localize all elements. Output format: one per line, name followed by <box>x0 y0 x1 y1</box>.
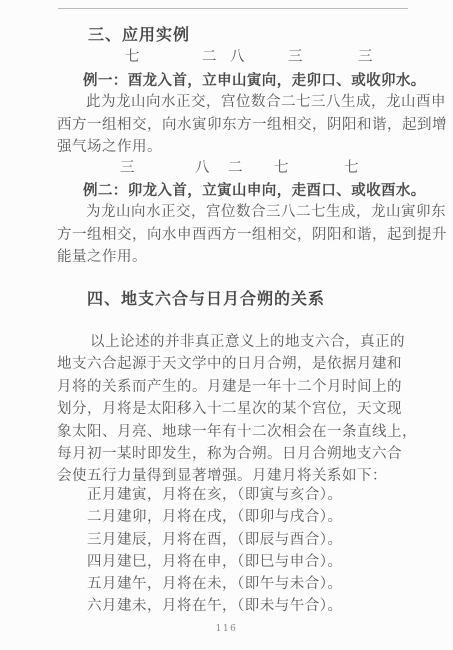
scan-edge-top <box>58 8 408 9</box>
book-page: 三、应用实例 七 二 八 三 三 例一：酉龙入首，立申山寅向，走卯口、或收卯水。… <box>0 0 453 650</box>
example2-title: 例二：卯龙入首，立寅山申向，走酉口、或收酉水。 <box>83 179 426 200</box>
number-annotation: 三 <box>288 45 303 66</box>
body-line: 此为龙山向水正交，宫位数合二七三八生成，龙山酉申 <box>57 91 429 114</box>
month-relation-line: 三月建辰，月将在酉，（即辰与酉合）。 <box>87 529 343 551</box>
page-number: 116 <box>0 624 453 634</box>
body-line: 以上论述的并非真正意义上的地支六合，真正的 <box>57 331 429 353</box>
body-line: 能量之作用。 <box>57 246 429 269</box>
number-annotation: 七 <box>344 156 359 177</box>
number-annotation: 七 <box>125 45 140 66</box>
body-line: 方一组相交，向水申酉西方一组相交，阴阳和谐，起到提升 <box>57 224 429 247</box>
month-relation-line: 正月建寅，月将在亥，（即寅与亥合）。 <box>87 484 343 506</box>
example1-number-row: 七 二 八 三 三 <box>0 45 453 61</box>
number-annotation: 三 <box>358 45 373 66</box>
example2-body: 为龙山向水正交，宫位数合三八二七生成，龙山寅卯东 方一组相交，向水申酉西方一组相… <box>57 201 429 269</box>
month-relation-line: 六月建未，月将在午，（即未与午合）。 <box>87 595 343 617</box>
number-annotation: 八 <box>195 156 210 177</box>
body-line: 象太阳、月亮、地球一年有十二次相会在一条直线上， <box>57 421 429 443</box>
body-line: 月将的关系而产生的。月建是一年十二个月时间上的 <box>57 376 429 398</box>
example1-title: 例一：酉龙入首，立申山寅向，走卯口、或收卯水。 <box>83 69 426 90</box>
month-relation-line: 四月建巳，月将在申，（即巳与申合）。 <box>87 551 343 573</box>
number-annotation: 二 <box>228 156 243 177</box>
month-relation-line: 二月建卯，月将在戌，（即卯与戌合）。 <box>87 506 343 528</box>
month-relation-line: 五月建午，月将在未，（即午与未合）。 <box>87 573 343 595</box>
body-line: 西方一组相交，向水寅卯东方一组相交，阴阳和谐，起到增 <box>57 114 429 137</box>
body-line: 划分，月将是太阳移入十二星次的某个宫位，天文现 <box>57 398 429 420</box>
number-annotation: 八 <box>230 45 245 66</box>
example1-body: 此为龙山向水正交，宫位数合二七三八生成，龙山酉申 西方一组相交，向水寅卯东方一组… <box>57 91 429 159</box>
body-line: 地支六合起源于天文学中的日月合朔，是依据月建和 <box>57 353 429 375</box>
section4-paragraph: 以上论述的并非真正意义上的地支六合，真正的 地支六合起源于天文学中的日月合朔，是… <box>57 331 429 488</box>
section3-heading: 三、应用实例 <box>88 22 190 45</box>
month-relation-list: 正月建寅，月将在亥，（即寅与亥合）。 二月建卯，月将在戌，（即卯与戌合）。 三月… <box>87 484 343 618</box>
body-line: 每月初一某时即发生，称为合朔。日月合朔地支六合 <box>57 443 429 465</box>
body-line: 为龙山向水正交，宫位数合三八二七生成，龙山寅卯东 <box>57 201 429 224</box>
number-annotation: 七 <box>274 156 289 177</box>
number-annotation: 三 <box>120 156 135 177</box>
number-annotation: 二 <box>202 45 217 66</box>
section4-heading: 四、地支六合与日月合朔的关系 <box>87 286 325 309</box>
example2-number-row: 三 八 二 七 七 <box>0 156 453 172</box>
